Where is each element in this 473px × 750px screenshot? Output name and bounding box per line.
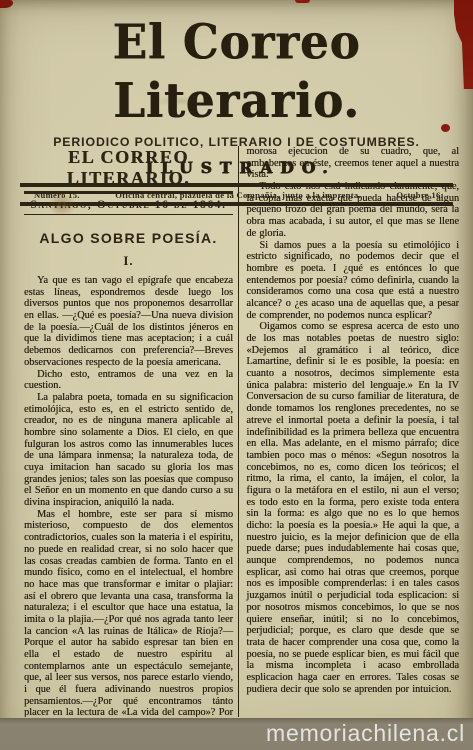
section-numeral: I. (24, 253, 233, 269)
section-masthead: EL CORREO LITERARIO. (24, 147, 233, 189)
dateline-rule (24, 214, 233, 215)
watermark-memoriachilena: memoriachilena.cl (266, 720, 465, 747)
left-column: EL CORREO LITERARIO. Santiago, Octubre 1… (24, 146, 238, 717)
scan-shadow-band: memoriachilena.cl (0, 718, 473, 750)
dateline: Santiago, Octubre 16 de 1864. (24, 199, 233, 211)
article-paragraph: morosa ejecucion de su cuadro, que, al e… (246, 146, 459, 181)
article-paragraph: La palabra poeta, tomada en su significa… (24, 392, 233, 509)
section-rule (24, 191, 233, 194)
article-paragraph: Si damos pues a la poesía su etimolójico… (246, 240, 459, 322)
article-paragraph: Oigamos como se espresa acerca de esto u… (246, 321, 459, 695)
article-paragraph: Mas el hombre, este ser para sí mismo mi… (24, 509, 233, 717)
article-paragraph: Ya que es tan vago el epígrafe que encab… (24, 275, 233, 369)
right-column-paragraphs: morosa ejecucion de su cuadro, que, al e… (246, 146, 459, 695)
article-paragraph: Todo esto nos está indicando claramente,… (246, 181, 459, 239)
article-columns: EL CORREO LITERARIO. Santiago, Octubre 1… (24, 146, 459, 717)
newspaper-page: El Correo Literario. PERIODICO POLITICO,… (0, 0, 473, 750)
right-column: morosa ejecucion de su cuadro, que, al e… (239, 146, 459, 717)
left-column-paragraphs: Ya que es tan vago el epígrafe que encab… (24, 275, 233, 717)
article-title: ALGO SOBRE POESÍA. (24, 230, 233, 246)
scan-red-mark-top-dash (295, 0, 310, 3)
article-paragraph: Dicho esto, entramos de una vez en la cu… (24, 369, 233, 392)
masthead-title: El Correo Literario. (0, 13, 473, 131)
